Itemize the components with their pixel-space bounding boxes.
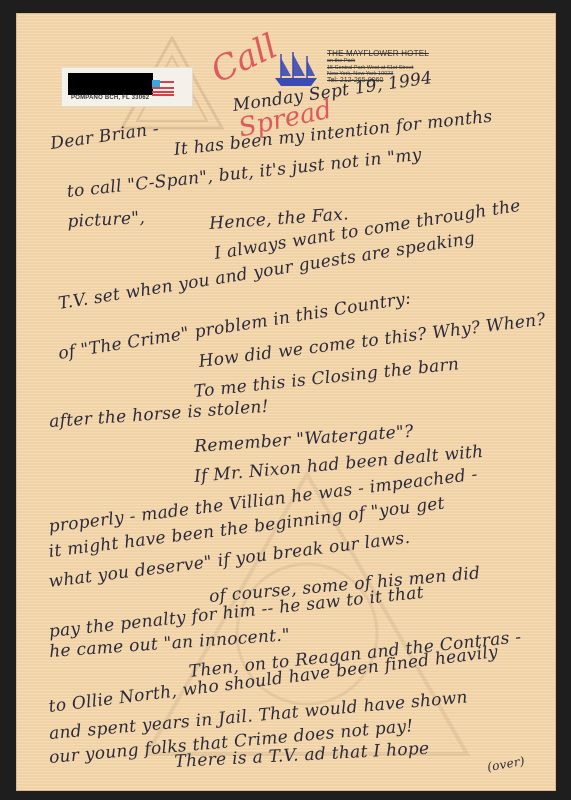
return-address-label: POMPANO BCH, FL 33062	[61, 67, 193, 107]
letter-line: picture",	[67, 208, 146, 232]
label-city-line: POMPANO BCH, FL 33062	[71, 95, 149, 101]
redacted-name-block	[68, 73, 153, 95]
us-flag-icon	[152, 80, 174, 96]
hotel-name: THE MAYFLOWER HOTEL	[327, 49, 429, 58]
